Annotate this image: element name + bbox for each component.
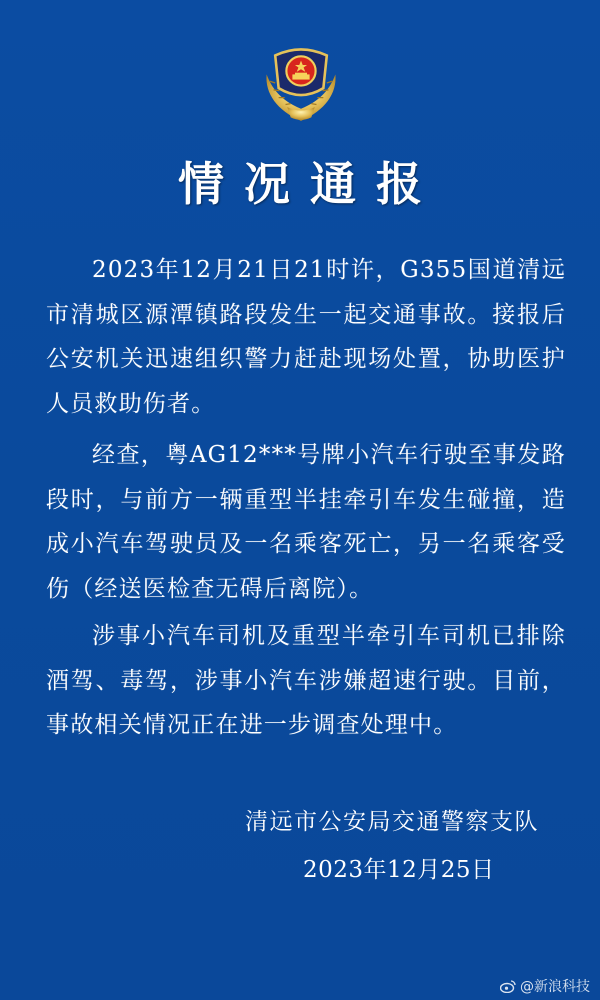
issuing-authority: 清远市公安局交通警察支队: [245, 803, 539, 836]
notice-paragraph-2: 经查，粤AG12***号牌小汽车行驶至事发路段时，与前方一辆重型半挂牵引车发生碰…: [46, 433, 566, 611]
paragraph-text: 经查，粤AG12***号牌小汽车行驶至事发路段时，与前方一辆重型半挂牵引车发生碰…: [46, 433, 566, 611]
weibo-icon: [500, 979, 516, 993]
notice-paragraph-1: 2023年12月21日21时许，G355国道清远市清城区源潭镇路段发生一起交通事…: [46, 248, 566, 426]
notice-page: 情况通报 2023年12月21日21时许，G355国道清远市清城区源潭镇路段发生…: [0, 0, 600, 1000]
source-watermark: @新浪科技: [500, 976, 590, 996]
police-badge-emblem-icon: [258, 40, 344, 126]
watermark-text: @新浪科技: [520, 976, 590, 996]
issue-date: 2023年12月25日: [303, 851, 495, 884]
notice-title: 情况通报: [0, 148, 600, 214]
paragraph-text: 涉事小汽车司机及重型半牵引车司机已排除酒驾、毒驾，涉事小汽车涉嫌超速行驶。目前，…: [46, 614, 566, 748]
paragraph-text: 2023年12月21日21时许，G355国道清远市清城区源潭镇路段发生一起交通事…: [46, 248, 566, 426]
notice-paragraph-3: 涉事小汽车司机及重型半牵引车司机已排除酒驾、毒驾，涉事小汽车涉嫌超速行驶。目前，…: [46, 614, 566, 748]
